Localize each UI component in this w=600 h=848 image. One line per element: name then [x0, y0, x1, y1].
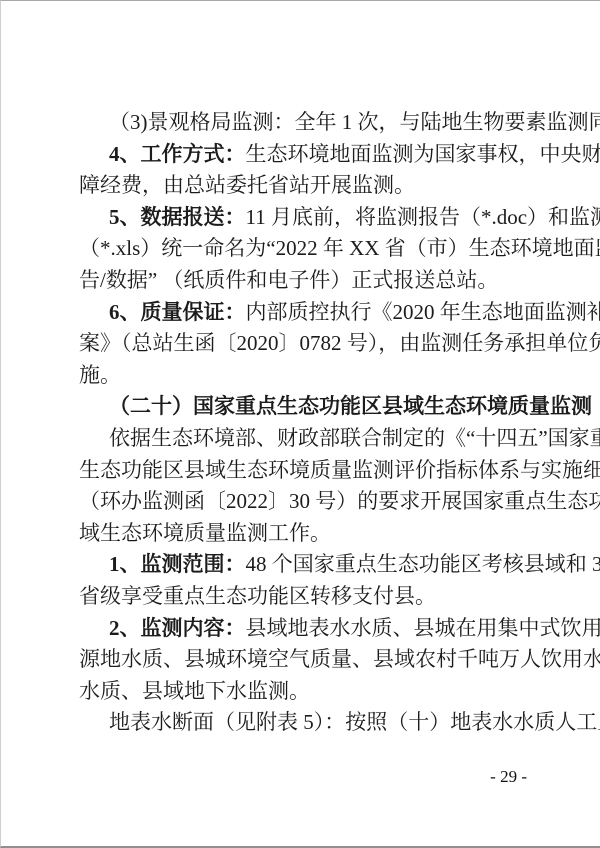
doc-line-label: 5、数据报送： — [109, 205, 246, 229]
doc-line: 告/数据” （纸质件和电子件）正式报送总站。 — [79, 265, 527, 297]
doc-line: 5、数据报送：11 月底前，将监测报告（*.doc）和监测数据 — [79, 202, 527, 234]
doc-line-label: 4、工作方式： — [109, 142, 246, 166]
doc-line: （环办监测函〔2022〕30 号）的要求开展国家重点生态功能区县 — [79, 486, 527, 518]
doc-line-label: 1、监测范围： — [109, 552, 246, 576]
doc-line-text: 生态环境地面监测为国家事权，中央财政保 — [246, 142, 600, 166]
doc-line: 施。 — [79, 360, 527, 392]
doc-line: 地表水断面（见附表 5）：按照（十）地表水水质人工监测 — [79, 707, 527, 739]
doc-line: 障经费，由总站委托省站开展监测。 — [79, 170, 527, 202]
document-body: （3)景观格局监测：全年 1 次，与陆地生物要素监测同步。 4、工作方式：生态环… — [79, 107, 527, 739]
page-number: - 29 - — [1, 767, 527, 787]
doc-line: 1、监测范围：48 个国家重点生态功能区考核县域和 30 个 — [79, 549, 527, 581]
doc-line-text: 施。 — [79, 363, 121, 387]
doc-line: 2、监测内容：县域地表水水质、县城在用集中式饮用水水 — [79, 613, 527, 645]
doc-line-text: 依据生态环境部、财政部联合制定的《“十四五”国家重点 — [109, 426, 600, 450]
doc-line-text: 告/数据” （纸质件和电子件）正式报送总站。 — [79, 268, 498, 292]
doc-line: 案》（总站生函〔2020〕0782 号），由监测任务承担单位负责实 — [79, 328, 527, 360]
doc-line-text: 县域地表水水质、县城在用集中式饮用水水 — [246, 616, 600, 640]
doc-line-text: 地表水断面（见附表 5）：按照（十）地表水水质人工监测 — [109, 710, 600, 734]
doc-line-text: 省级享受重点生态功能区转移支付县。 — [79, 584, 436, 608]
doc-line-text: 源地水质、县城环境空气质量、县域农村千吨万人饮用水水源地 — [79, 647, 600, 671]
doc-line: 水质、县域地下水监测。 — [79, 676, 527, 708]
document-page: （3)景观格局监测：全年 1 次，与陆地生物要素监测同步。 4、工作方式：生态环… — [0, 0, 600, 848]
doc-line: 依据生态环境部、财政部联合制定的《“十四五”国家重点 — [79, 423, 527, 455]
doc-line: 生态功能区县域生态环境质量监测评价指标体系与实施细则》 — [79, 455, 527, 487]
doc-line-text: 案》（总站生函〔2020〕0782 号），由监测任务承担单位负责实 — [79, 331, 600, 355]
doc-line-text: 障经费，由总站委托省站开展监测。 — [79, 173, 415, 197]
doc-line-text: 域生态环境质量监测工作。 — [79, 521, 331, 545]
section-heading-label: （二十）国家重点生态功能区县域生态环境质量监测 — [109, 394, 592, 418]
doc-line-text: 11 月底前，将监测报告（*.doc）和监测数据 — [246, 205, 600, 229]
doc-line: 6、质量保证：内部质控执行《2020 年生态地面监测补充方 — [79, 297, 527, 329]
doc-line: 域生态环境质量监测工作。 — [79, 518, 527, 550]
section-heading: （二十）国家重点生态功能区县域生态环境质量监测 — [79, 391, 527, 423]
doc-line-text: 生态功能区县域生态环境质量监测评价指标体系与实施细则》 — [79, 458, 600, 482]
doc-line-text: （环办监测函〔2022〕30 号）的要求开展国家重点生态功能区县 — [79, 489, 600, 513]
doc-line-label: 2、监测内容： — [109, 616, 246, 640]
doc-line: （3)景观格局监测：全年 1 次，与陆地生物要素监测同步。 — [79, 107, 527, 139]
doc-line-text: （*.xls）统一命名为“2022 年 XX 省（市）生态环境地面监测报 — [79, 236, 600, 260]
doc-line: 源地水质、县城环境空气质量、县域农村千吨万人饮用水水源地 — [79, 644, 527, 676]
doc-line: 4、工作方式：生态环境地面监测为国家事权，中央财政保 — [79, 139, 527, 171]
doc-line: 省级享受重点生态功能区转移支付县。 — [79, 581, 527, 613]
doc-line-text: 48 个国家重点生态功能区考核县域和 30 个 — [246, 552, 600, 576]
doc-line: （*.xls）统一命名为“2022 年 XX 省（市）生态环境地面监测报 — [79, 233, 527, 265]
doc-line-label: 6、质量保证： — [109, 300, 246, 324]
doc-line-text: （3)景观格局监测：全年 1 次，与陆地生物要素监测同步。 — [109, 110, 600, 134]
doc-line-text: 水质、县域地下水监测。 — [79, 679, 310, 703]
doc-line-text: 内部质控执行《2020 年生态地面监测补充方 — [246, 300, 600, 324]
